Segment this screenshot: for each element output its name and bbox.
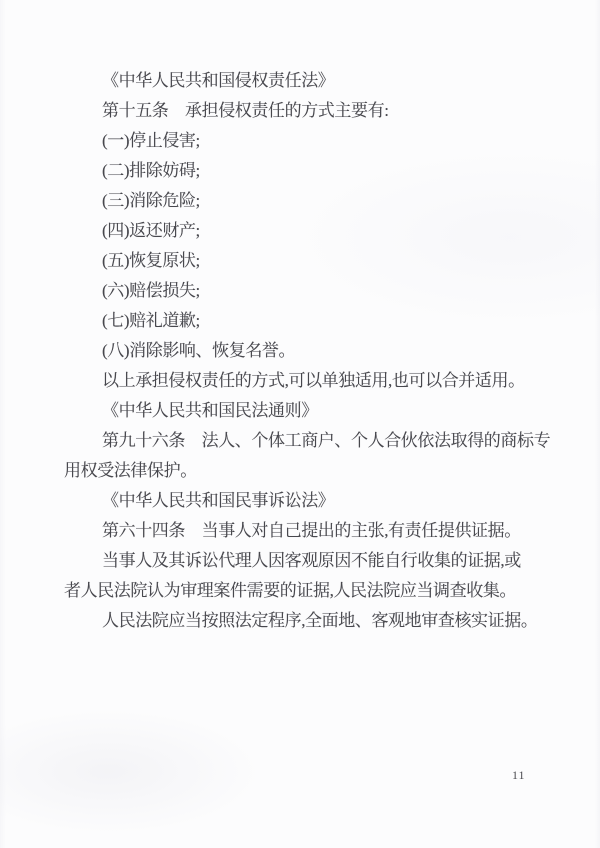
text-line: (二)排除妨碍; <box>64 156 564 186</box>
text-line: 《中华人民共和国侵权责任法》 <box>64 66 564 96</box>
text-line: 第十五条 承担侵权责任的方式主要有: <box>64 96 564 126</box>
text-line: (七)赔礼道歉; <box>64 306 564 336</box>
text-line: 当事人及其诉讼代理人因客观原因不能自行收集的证据,或 <box>64 546 564 576</box>
text-line: (三)消除危险; <box>64 186 564 216</box>
text-line: 第九十六条 法人、个体工商户、个人合伙依法取得的商标专 <box>64 426 564 456</box>
text-line: (一)停止侵害; <box>64 126 564 156</box>
page-number: 11 <box>512 768 526 783</box>
text-line: 者人民法院认为审理案件需要的证据,人民法院应当调查收集。 <box>64 576 564 606</box>
text-line: 以上承担侵权责任的方式,可以单独适用,也可以合并适用。 <box>64 366 564 396</box>
text-line: 用权受法律保护。 <box>64 456 564 486</box>
text-line: (八)消除影响、恢复名誉。 <box>64 336 564 366</box>
text-line: 第六十四条 当事人对自己提出的主张,有责任提供证据。 <box>64 516 564 546</box>
text-line: (五)恢复原状; <box>64 246 564 276</box>
text-line: (四)返还财产; <box>64 216 564 246</box>
text-line: 《中华人民共和国民法通则》 <box>64 396 564 426</box>
document-text-block: 《中华人民共和国侵权责任法》第十五条 承担侵权责任的方式主要有:(一)停止侵害;… <box>64 66 564 636</box>
text-line: 人民法院应当按照法定程序,全面地、客观地审查核实证据。 <box>64 606 564 636</box>
scanned-document-page: 《中华人民共和国侵权责任法》第十五条 承担侵权责任的方式主要有:(一)停止侵害;… <box>0 0 600 848</box>
text-line: (六)赔偿损失; <box>64 276 564 306</box>
text-line: 《中华人民共和国民事诉讼法》 <box>64 486 564 516</box>
